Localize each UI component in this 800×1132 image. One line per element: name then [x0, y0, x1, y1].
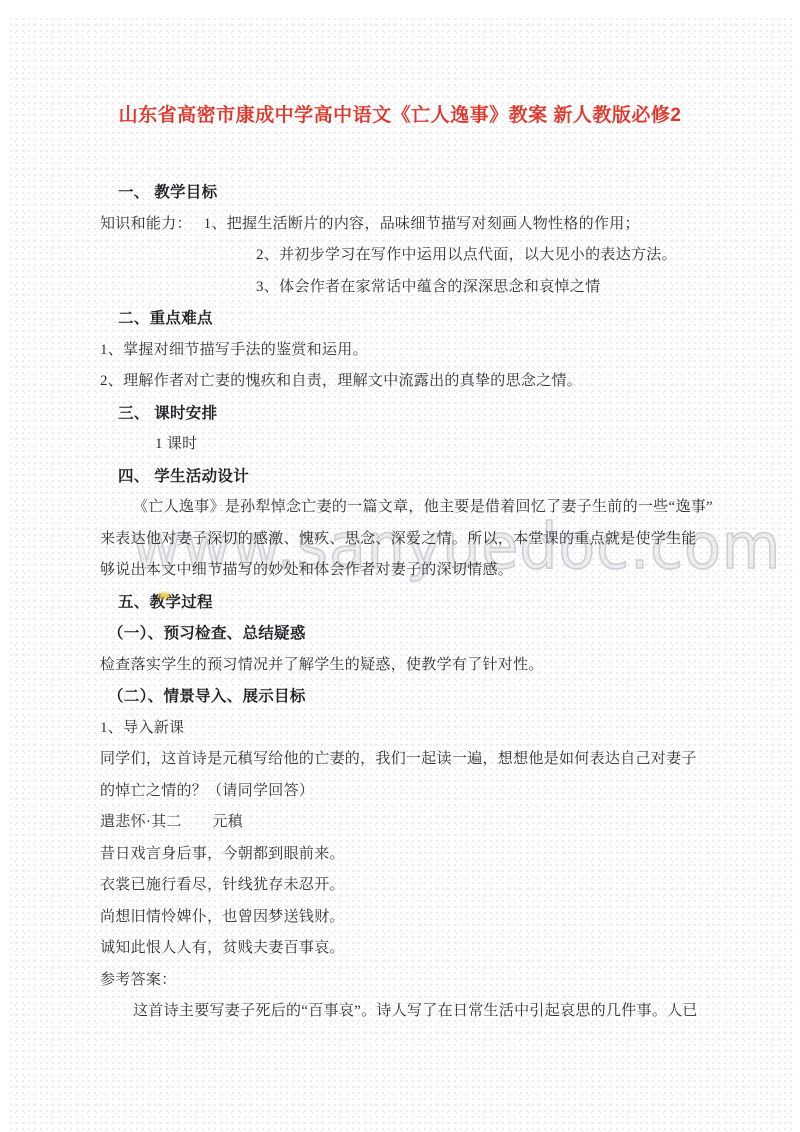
doc-line-poem-verse-4: 诚知此恨人人有，贫贱夫妻百事哀。 [100, 933, 800, 965]
doc-line-activity-para-3: 够说出本文中细节描写的妙处和体会作者对妻子的深切情感。 [100, 555, 800, 587]
doc-line-poem-verse-3: 尚想旧情怜婢仆，也曾因梦送钱财。 [100, 902, 800, 934]
doc-line-goal-3: 3、体会作者在家常话中蕴含的深深思念和哀悼之情 [256, 272, 800, 304]
doc-line-one-period: 1 课时 [155, 429, 800, 461]
doc-line-intro-para-1: 同学们，这首诗是元稹写给他的亡妻的，我们一起读一遍，想想他是如何表达自己对妻子 [100, 744, 800, 776]
doc-line-poem-verse-2: 衣裳已施行看尽，针线犹存未忍开。 [100, 870, 800, 902]
doc-line-difficulty-1: 1、掌握对细节描写手法的鉴赏和运用。 [100, 335, 800, 367]
section-heading-teaching-process: 五、教学过程 [118, 587, 800, 619]
section-heading-class-schedule: 三、 课时安排 [118, 398, 800, 430]
doc-line-reference-answer-body: 这首诗主要写妻子死后的“百事哀”。诗人写了在日常生活中引起哀思的几件事。人已 [133, 996, 800, 1028]
document-content: 山东省高密市康成中学高中语文《亡人逸事》教案 新人教版必修2 一、 教学目标 知… [0, 0, 800, 1028]
section-heading-student-activity: 四、 学生活动设计 [118, 461, 800, 493]
doc-line-activity-para-1: 《亡人逸事》是孙犁悼念亡妻的一篇文章，他主要是借着回忆了妻子生前的一些“逸事” [133, 492, 800, 524]
doc-line-intro-para-2: 的悼亡之情的？（请同学回答） [100, 776, 800, 808]
doc-line-goal-2: 2、并初步学习在写作中运用以点代面，以大见小的表达方法。 [256, 240, 800, 272]
doc-line-new-lesson-intro: 1、导入新课 [100, 713, 800, 745]
doc-line-knowledge-ability: 知识和能力： 1、把握生活断片的内容，品味细节描写对刻画人物性格的作用； [100, 209, 800, 241]
doc-line-preview-check-body: 检查落实学生的预习情况并了解学生的疑惑，使教学有了针对性。 [100, 650, 800, 682]
scanned-document-page: www.sanyuedoc.com 山东省高密市康成中学高中语文《亡人逸事》教案… [0, 0, 800, 1132]
doc-line-poem-title: 遣悲怀·其二 元稹 [100, 807, 800, 839]
subsection-heading-preview-check: （一）、预习检查、总结疑惑 [108, 618, 800, 650]
section-heading-teaching-goals: 一、 教学目标 [118, 177, 800, 209]
document-title: 山东省高密市康成中学高中语文《亡人逸事》教案 新人教版必修2 [0, 102, 800, 130]
doc-line-difficulty-2: 2、理解作者对亡妻的愧疚和自责，理解文中流露出的真挚的思念之情。 [100, 366, 800, 398]
doc-line-activity-para-2: 来表达他对妻子深切的感激、愧疚、思念、深爱之情。所以，本堂课的重点就是使学生能 [100, 524, 800, 556]
section-heading-key-difficulties: 二、重点难点 [118, 303, 800, 335]
subsection-heading-scenario-intro: （二）、情景导入、展示目标 [108, 681, 800, 713]
doc-line-poem-verse-1: 昔日戏言身后事，今朝都到眼前来。 [100, 839, 800, 871]
doc-line-reference-answer-label: 参考答案： [100, 965, 800, 997]
